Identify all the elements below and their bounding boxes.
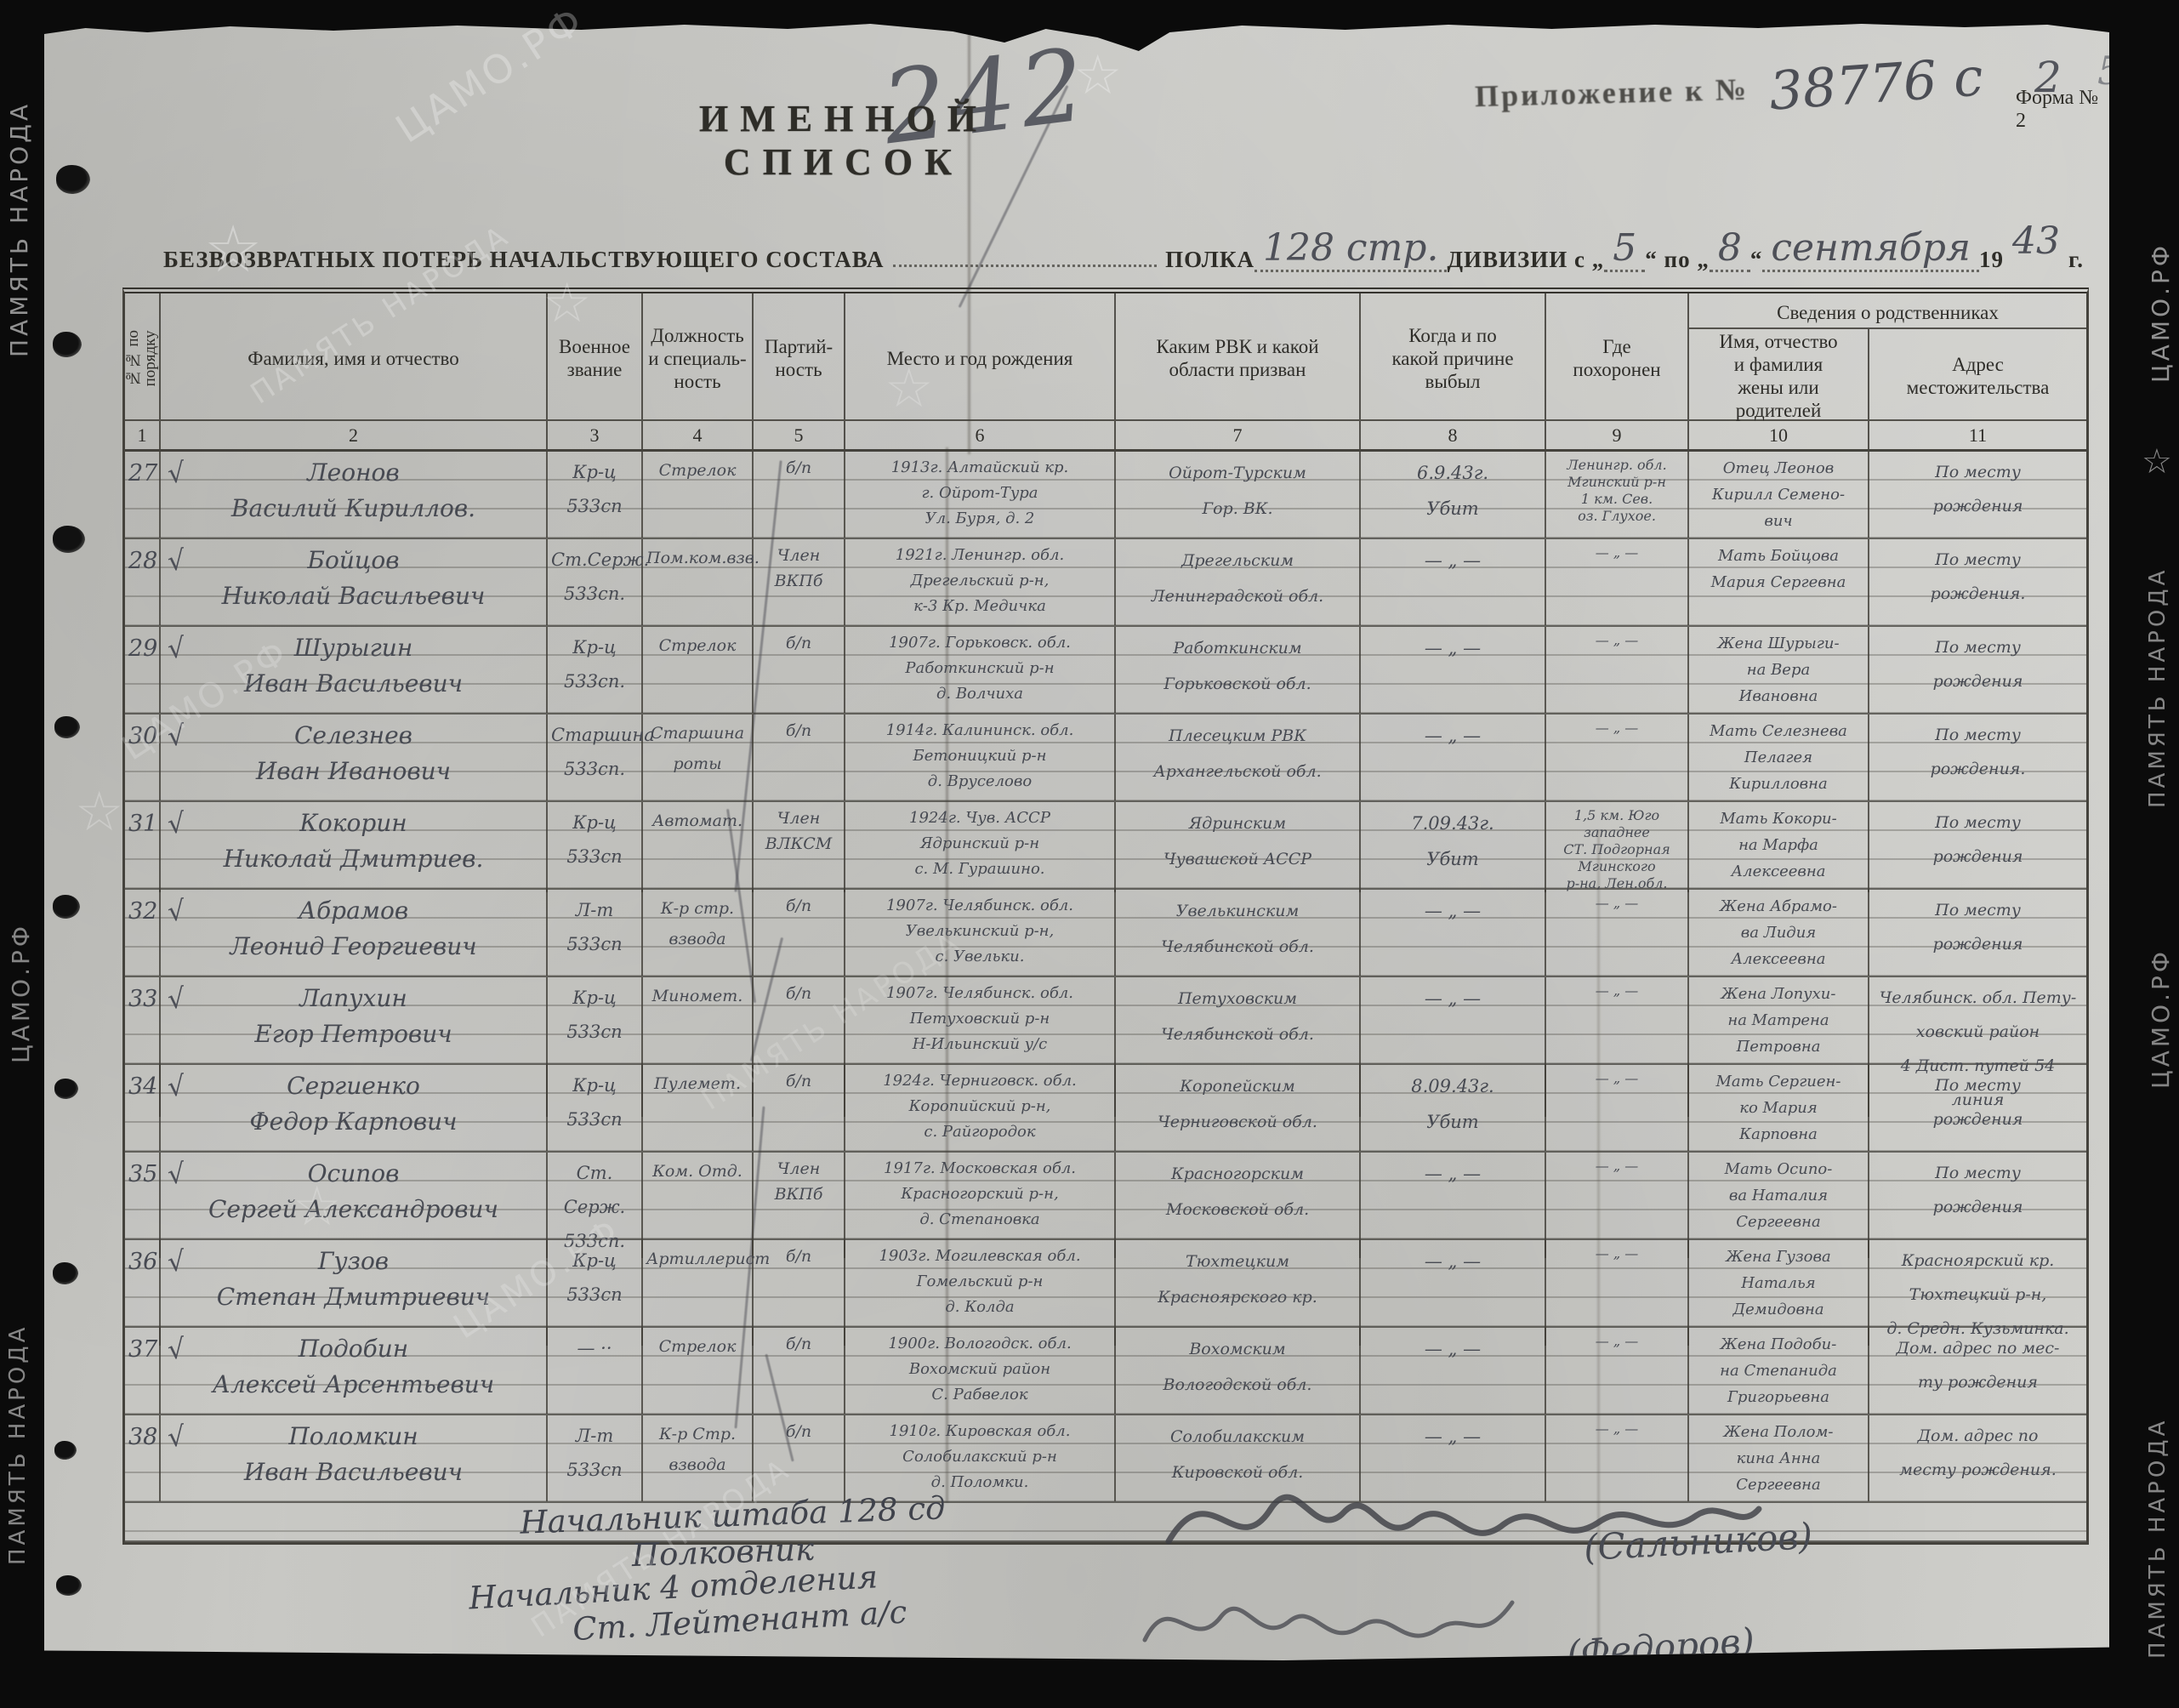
col-header-rvk: Каким РВК и какой области призван [1116,293,1361,419]
watermark-camo: ЦАМО.РФ [2147,876,2175,1089]
punch-hole [53,895,80,919]
cell-birth: 1924г. Черниговск. обл. Коропийский р-н,… [845,1065,1116,1151]
check-mark: √ [166,1243,187,1280]
check-mark: √ [166,1418,187,1455]
page-corner-number: 2 [2034,53,2062,102]
cell-rank: Кр-ц 533сп [548,452,643,538]
col-num: 11 [1869,421,2086,449]
col-num: 7 [1116,421,1361,449]
punch-hole [54,1079,78,1099]
check-mark: √ [166,1330,187,1368]
cell-address: Дом. адрес по месту рождения. [1869,1415,2086,1501]
cell-num: 34 [125,1065,161,1151]
person-name: Лапухин Егор Петрович [254,984,452,1048]
scanned-document-sheet: 242 ИМЕННОЙ СПИСОК Приложение к № 38776 … [44,22,2109,1660]
cell-rank: Кр-ц 533сп [548,802,643,892]
cell-position: Стрелок [643,627,754,713]
cell-relatives: Жена Абрамо- ва Лидия Алексеевна [1689,890,1869,976]
regiment-value: 128 стр. [1254,226,1448,272]
form-number-label: Форма № 2 [2016,87,2109,133]
cell-buried: Ленингр. обл. Мгинский р-н 1 км. Сев. оз… [1546,452,1689,538]
person-name: Гузов Степан Дмитриевич [217,1247,490,1311]
cell-rvk: Дрегельским Ленинградской обл. [1116,539,1361,625]
cell-party: б/п [754,1065,845,1151]
year-suffix: г. [2068,247,2084,273]
cell-buried: — „ — [1546,1328,1689,1414]
blank-line [893,242,1158,267]
table-row: 32√Абрамов Леонид ГеоргиевичЛ-т 533спК-р… [125,890,2086,977]
cell-party: б/п [754,715,845,800]
col-header-birth: Место и год рождения [845,293,1116,419]
cell-name: √Абрамов Леонид Георгиевич [161,890,548,976]
punch-hole [53,526,85,553]
cell-rank: Кр-ц 533сп [548,1065,643,1151]
person-name: Селезнев Иван Иванович [256,721,451,785]
quote-close: “ [1750,247,1763,273]
cell-position: Пулемет. [643,1065,754,1151]
casualty-table: №№ по порядку Фамилия, имя и отчество Во… [122,288,2089,1545]
watermark-pamyat-naroda: ПАМЯТЬ НАРОДА [5,1293,31,1565]
col-header-party: Партий- ность [754,293,845,419]
year-value: 43 [2004,219,2068,263]
cell-buried: — „ — [1546,715,1689,800]
check-mark: √ [166,892,187,930]
col-header-num: №№ по порядку [125,293,161,419]
cell-position: Автомат. [643,802,754,892]
cell-when: — „ — [1361,1328,1546,1414]
col-num: 3 [548,421,643,449]
punch-hole [56,1575,82,1596]
col-header-rank: Военное звание [548,293,643,419]
cell-party: б/п [754,452,845,538]
cell-when: — „ — [1361,715,1546,800]
cell-relatives: Жена Подоби- на Степанида Григорьевна [1689,1328,1869,1414]
date-to-value: 8 [1710,226,1750,272]
cell-party: б/п [754,1415,845,1501]
person-name: Бойцов Николай Васильевич [222,546,486,610]
cell-when: — „ — [1361,539,1546,625]
cell-address: По месту рождения [1869,452,2086,538]
watermark-pamyat-naroda: ПАМЯТЬ НАРОДА [5,85,33,357]
cell-rank: Л-т 533сп [548,890,643,976]
table-row: 28√Бойцов Николай ВасильевичСт.Серж. 533… [125,539,2086,627]
cell-birth: 1910г. Кировская обл. Солобилакский р-н … [845,1415,1116,1501]
cell-position: К-р стр. взвода [643,890,754,976]
cell-relatives: Мать Селезнева Пелагея Кирилловна [1689,715,1869,800]
punch-hole [53,332,82,357]
cell-num: 31 [125,802,161,892]
col-num: 9 [1546,421,1689,449]
person-name: Шурыгин Иван Васильевич [244,634,463,697]
cell-num: 28 [125,539,161,625]
cell-position: Стрелок [643,452,754,538]
cell-when: 6.9.43г. Убит [1361,452,1546,538]
cell-birth: 1907г. Челябинск. обл. Увелькинский р-н,… [845,890,1116,976]
col-header-position: Должность и специаль- ность [643,293,754,419]
cell-birth: 1921г. Ленингр. обл. Дрегельский р-н, к-… [845,539,1116,625]
polka-label: ПОЛКА [1165,247,1254,273]
cell-relatives: Жена Шурыги- на Вера Ивановна [1689,627,1869,713]
cell-address: По месту рождения [1869,627,2086,713]
cell-rank: Л-т 533сп [548,1415,643,1501]
month-value: сентября [1762,226,1979,272]
cell-num: 38 [125,1415,161,1501]
division-label: ДИВИЗИИ с „ [1447,247,1604,273]
cell-position: К-р Стр. взвода [643,1415,754,1501]
punch-hole [54,716,80,738]
cell-buried: 1,5 км. Юго западнее СТ. Подгорная Мгинс… [1546,802,1689,892]
cell-address: По месту рождения [1869,802,2086,892]
cell-name: √Поломкин Иван Васильевич [161,1415,548,1501]
check-mark: √ [166,454,187,492]
page-corner-number: 5 [2097,48,2122,94]
cell-buried: — „ — [1546,890,1689,976]
cell-address: По месту рождения. [1869,715,2086,800]
table-row: 33√Лапухин Егор ПетровичКр-ц 533спМиноме… [125,977,2086,1065]
col-header-buried: Где похоронен [1546,293,1689,419]
person-name: Кокорин Николай Дмитриев. [224,809,484,873]
table-row: 31√Кокорин Николай Дмитриев.Кр-ц 533спАв… [125,802,2086,890]
cell-address: По месту рождения. [1869,539,2086,625]
subtitle-text: БЕЗВОЗВРАТНЫХ ПОТЕРЬ НАЧАЛЬСТВУЮЩЕГО СОС… [163,247,885,273]
col-header-relatives-group: Сведения о родственниках [1689,293,2086,329]
cell-buried: — „ — [1546,539,1689,625]
cell-address: По месту рождения [1869,1065,2086,1151]
col-header-address: Адрес местожительства [1869,329,2086,419]
table-row: 37√Подобин Алексей Арсентьевич— ··Стрело… [125,1328,2086,1415]
cell-rvk: Увелькинским Челябинской обл. [1116,890,1361,976]
cell-num: 37 [125,1328,161,1414]
col-num: 5 [754,421,845,449]
cell-party: Член ВЛКСМ [754,802,845,892]
table-row: 27√Леонов Василий Кириллов.Кр-ц 533спСтр… [125,452,2086,539]
check-mark: √ [166,1067,187,1105]
cell-rank: Старшина 533сп. [548,715,643,800]
person-name: Поломкин Иван Васильевич [244,1422,463,1486]
cell-rvk: Вохомским Вологодской обл. [1116,1328,1361,1414]
cell-party: Член ВКПб [754,539,845,625]
table-row: 38√Поломкин Иван ВасильевичЛ-т 533спК-р … [125,1415,2086,1503]
table-body: 27√Леонов Василий Кириллов.Кр-ц 533спСтр… [125,452,2086,1503]
cell-party: б/п [754,627,845,713]
check-mark: √ [166,629,187,667]
col-num: 2 [161,421,548,449]
cell-num: 32 [125,890,161,976]
cell-rvk: Ойрот-Турским Гор. ВК. [1116,452,1361,538]
cell-rvk: Работкинским Горьковской обл. [1116,627,1361,713]
check-mark: √ [166,805,187,842]
cell-buried: — „ — [1546,1065,1689,1151]
table-row: 34√Сергиенко Федор КарповичКр-ц 533спПул… [125,1065,2086,1153]
year-prefix: 19 [1979,247,2004,273]
col-num: 8 [1361,421,1546,449]
cell-relatives: Мать Кокори- на Марфа Алексеевна [1689,802,1869,892]
cell-address: Дом. адрес по мес- ту рождения [1869,1328,2086,1414]
cell-rank: — ·· [548,1328,643,1414]
cell-relatives: Отец Леонов Кирилл Семено- вич [1689,452,1869,538]
person-name: Осипов Сергей Александрович [208,1159,498,1223]
cell-when: 8.09.43г. Убит [1361,1065,1546,1151]
watermark-camo: ЦАМО.РФ [2147,170,2175,383]
check-mark: √ [166,717,187,754]
punch-hole [54,1441,77,1460]
cell-num: 29 [125,627,161,713]
po-label: “ по „ [1645,247,1710,273]
watermark-pamyat-naroda: ПАМЯТЬ НАРОДА [2145,527,2170,808]
table-row: 30√Селезнев Иван ИвановичСтаршина 533сп.… [125,715,2086,802]
table-row: 35√Осипов Сергей АлександровичСт. Серж. … [125,1153,2086,1240]
watermark-star-icon: ☆ [2142,442,2172,481]
cell-name: √Кокорин Николай Дмитриев. [161,802,548,892]
table-header: №№ по порядку Фамилия, имя и отчество Во… [125,293,2086,419]
cell-birth: 1913г. Алтайский кр. г. Ойрот-Тура Ул. Б… [845,452,1116,538]
attachment-stamp-number: 38776 с [1767,45,1985,122]
signature-name: (Федоров) [1566,1620,1756,1674]
person-name: Сергиенко Федор Карпович [249,1072,457,1136]
cell-party: б/п [754,890,845,976]
cell-relatives: Мать Бойцова Мария Сергевна [1689,539,1869,625]
cell-rvk: Коропейским Черниговской обл. [1116,1065,1361,1151]
col-num: 4 [643,421,754,449]
cell-relatives: Мать Сергиен- ко Мария Карповна [1689,1065,1869,1151]
cell-birth: 1907г. Горьковск. обл. Работкинский р-н … [845,627,1116,713]
cell-rank: Ст.Серж. 533сп. [548,539,643,625]
date-from-value: 5 [1604,226,1645,272]
cell-when: — „ — [1361,627,1546,713]
col-header-relatives: Имя, отчество и фамилия жены или родител… [1689,329,1869,419]
check-mark: √ [166,1155,187,1193]
watermark-camo: ЦАМО.РФ [7,851,35,1063]
cell-name: √Селезнев Иван Иванович [161,715,548,800]
person-name: Абрамов Леонид Георгиевич [230,897,476,960]
col-header-when: Когда и по какой причине выбыл [1361,293,1546,419]
cell-name: √Сергиенко Федор Карпович [161,1065,548,1151]
table-row: 29√Шурыгин Иван ВасильевичКр-ц 533сп.Стр… [125,627,2086,715]
col-num: 1 [125,421,161,449]
page-title: ИМЕННОЙ СПИСОК [589,97,1099,184]
col-num: 10 [1689,421,1869,449]
person-name: Подобин Алексей Арсентьевич [213,1335,494,1398]
column-number-row: 1 2 3 4 5 6 7 8 9 10 11 [125,419,2086,452]
person-name: Леонов Василий Кириллов. [231,458,475,522]
col-header-name: Фамилия, имя и отчество [161,293,548,419]
cell-rvk: Плесецким РВК Архангельской обл. [1116,715,1361,800]
check-mark: √ [166,980,187,1017]
cell-position: Старшина роты [643,715,754,800]
cell-birth: 1900г. Вологодск. обл. Вохомский район С… [845,1328,1116,1414]
col-num: 6 [845,421,1116,449]
cell-rank: Кр-ц 533сп. [548,627,643,713]
cell-when: — „ — [1361,890,1546,976]
cell-num: 27 [125,452,161,538]
table-row: 36√Гузов Степан ДмитриевичКр-ц 533спАрти… [125,1240,2086,1328]
cell-name: √Бойцов Николай Васильевич [161,539,548,625]
punch-hole [56,165,90,194]
cell-name: √Подобин Алексей Арсентьевич [161,1328,548,1414]
check-mark: √ [166,542,187,579]
cell-name: √Шурыгин Иван Васильевич [161,627,548,713]
document-subtitle: БЕЗВОЗВРАТНЫХ ПОТЕРЬ НАЧАЛЬСТВУЮЩЕГО СОС… [163,233,2084,279]
punch-hole [53,1262,78,1284]
cell-rvk: Ядринским Чувашской АССР [1116,802,1361,892]
cell-address: По месту рождения [1869,890,2086,976]
cell-position: Стрелок [643,1328,754,1414]
cell-position: Пом.ком.взв. [643,539,754,625]
signature-scribble [1133,1569,1524,1671]
cell-birth: 1924г. Чув. АССР Ядринский р-н с. М. Гур… [845,802,1116,892]
cell-birth: 1914г. Калининск. обл. Бетоницкий р-н д.… [845,715,1116,800]
cell-party: б/п [754,1328,845,1414]
cell-num: 30 [125,715,161,800]
cell-when: 7.09.43г. Убит [1361,802,1546,892]
cell-buried: — „ — [1546,627,1689,713]
attachment-stamp: Приложение к № [1475,71,1749,114]
cell-name: √Леонов Василий Кириллов. [161,452,548,538]
watermark-pamyat-naroda: ПАМЯТЬ НАРОДА [2145,1378,2170,1659]
